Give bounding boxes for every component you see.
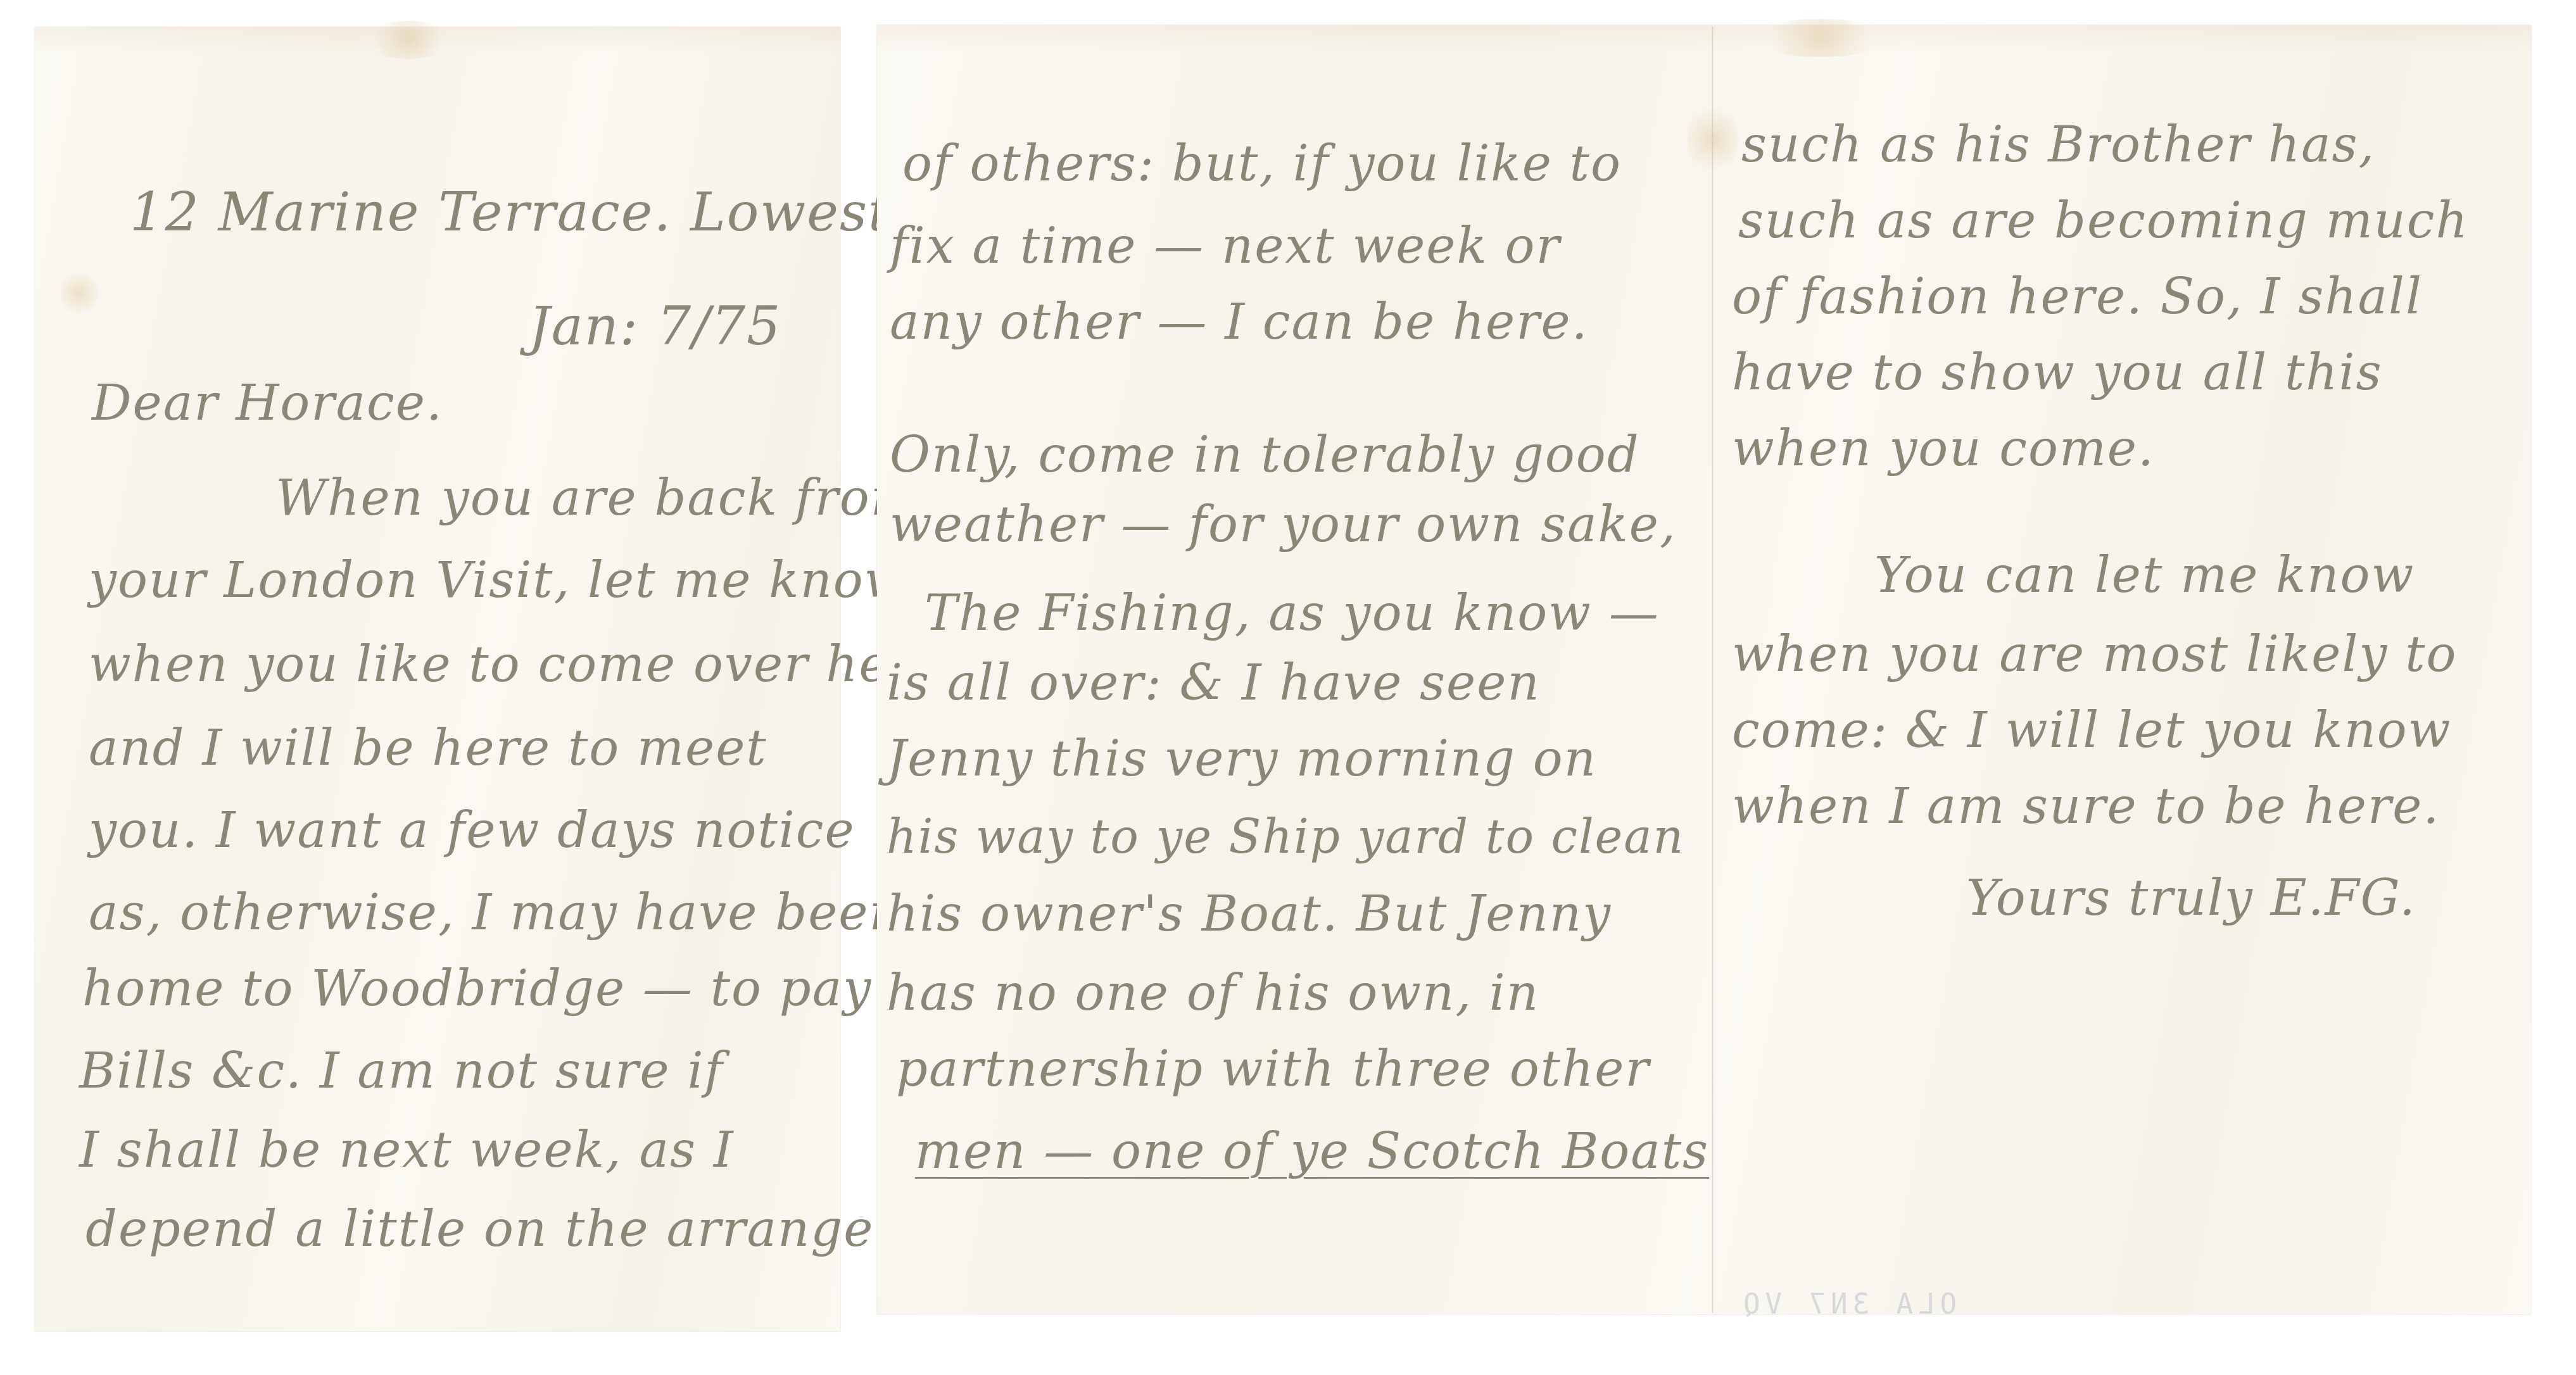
- letter-sheet-left: 12 Marine Terrace. Lowestoft, Jan: 7/75 …: [35, 27, 840, 1331]
- letter-line: When you are back from: [275, 474, 919, 523]
- letter-address: 12 Marine Terrace. Lowestoft,: [130, 185, 986, 239]
- letter-page-1: 12 Marine Terrace. Lowestoft, Jan: 7/75 …: [35, 27, 840, 1331]
- letter-line: of others: but, if you like to: [902, 139, 1622, 189]
- letter-page-2: of others: but, if you like to fix a tim…: [877, 25, 1712, 1314]
- letter-line: such as are becoming much: [1738, 196, 2469, 246]
- letter-date: Jan: 7/75: [529, 299, 782, 353]
- letter-line: You can let me know: [1874, 551, 2415, 600]
- letter-line: is all over: & I have seen: [887, 658, 1541, 708]
- letter-line: partnership with three other: [896, 1045, 1650, 1094]
- letter-line: and I will be here to meet: [89, 724, 767, 773]
- letter-line: The Fishing, as you know —: [925, 589, 1660, 638]
- faint-stamp: OLA 3N7 VQ: [1738, 1288, 1957, 1321]
- letter-line: his owner's Boat. But Jenny: [887, 889, 1612, 939]
- letter-line: any other — I can be here.: [890, 298, 1589, 347]
- letter-line: has no one of his own, in: [887, 969, 1539, 1018]
- paper-stain: [1751, 19, 1890, 57]
- letter-line: come: & I will let you know: [1732, 706, 2452, 755]
- paper-stain: [60, 268, 98, 318]
- letter-line: weather — for your own sake,: [890, 500, 1677, 549]
- letter-line: you. I want a few days notice: [89, 806, 856, 855]
- letter-sheet-right: of others: but, if you like to fix a tim…: [877, 25, 2531, 1314]
- letter-line: as, otherwise, I may have been: [89, 888, 902, 938]
- letter-line: Bills &c. I am not sure if: [79, 1046, 724, 1096]
- letter-line: fix a time — next week or: [890, 222, 1561, 271]
- letter-line: when you come.: [1732, 424, 2155, 474]
- letter-line: Only, come in tolerably good: [890, 430, 1640, 480]
- letter-line: home to Woodbridge — to pay: [82, 964, 872, 1014]
- letter-line: of fashion here. So, I shall: [1732, 272, 2423, 322]
- letter-signature: Yours truly E.FG.: [1966, 874, 2416, 923]
- letter-line: Jenny this very morning on: [887, 734, 1597, 784]
- paper-stain: [364, 21, 453, 59]
- letter-line: when you are most likely to: [1732, 630, 2458, 679]
- letter-line: when you like to come over here: [89, 640, 945, 689]
- letter-line: your London Visit, let me know: [89, 556, 907, 605]
- letter-line: when I am sure to be here.: [1732, 782, 2440, 831]
- letter-line: his way to ye Ship yard to clean: [887, 813, 1684, 860]
- letter-salutation: Dear Horace.: [92, 379, 443, 428]
- letter-line: depend a little on the arrangement: [85, 1205, 1007, 1254]
- letter-page-3: such as his Brother has, such as are bec…: [1713, 25, 2531, 1314]
- letter-line: such as his Brother has,: [1741, 120, 2375, 170]
- letter-line: I shall be next week, as I: [79, 1126, 735, 1175]
- page-fold-line: [1712, 27, 1714, 1313]
- letter-line: men — one of ye Scotch Boats: [915, 1127, 1709, 1176]
- letter-line: have to show you all this: [1732, 348, 2382, 398]
